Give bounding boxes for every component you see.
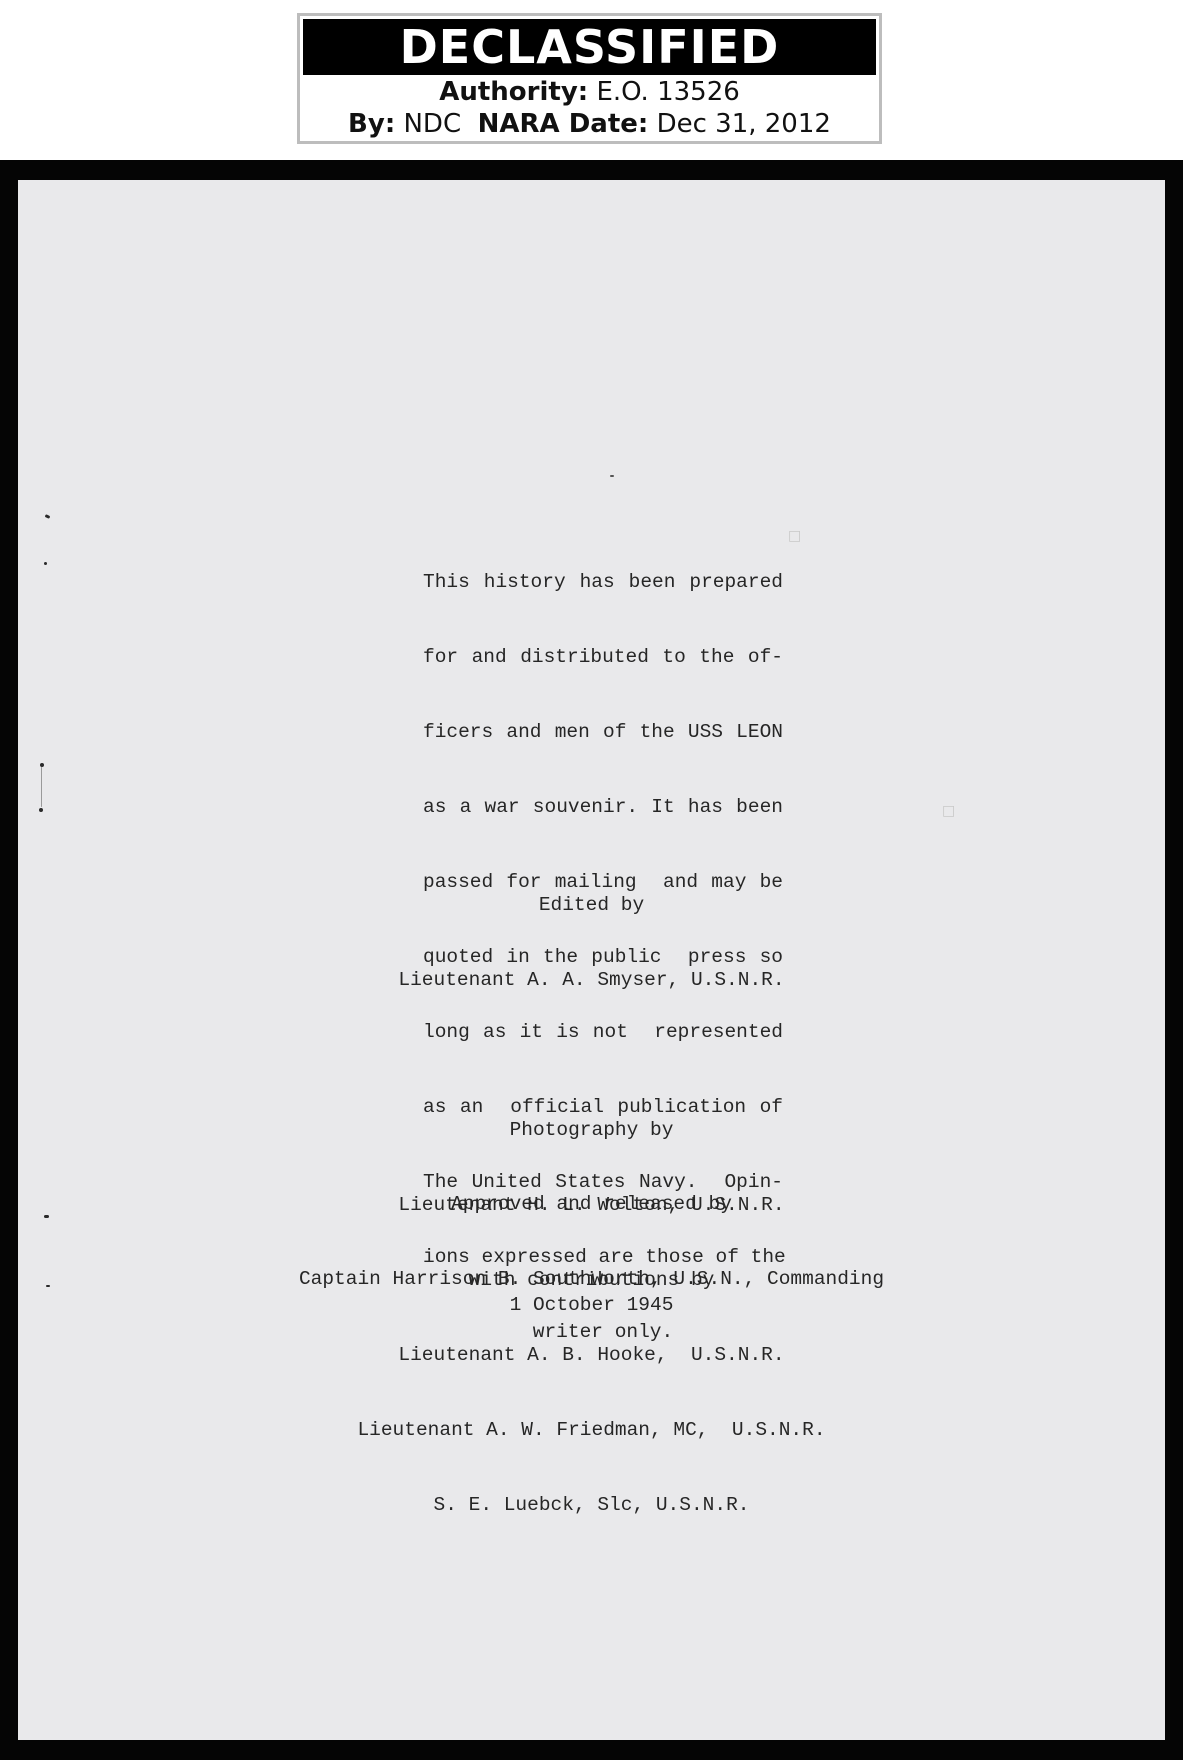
edited-heading: Edited by (0, 893, 1183, 918)
notice-line: This history has been prepared (423, 570, 783, 595)
approver-name: Captain Harrison B. Southworth, U.S.N., … (0, 1267, 1183, 1292)
stamp-authority: Authority: E.O. 13526 (300, 76, 879, 108)
stamp-by-date: By: NDC NARA Date: Dec 31, 2012 (300, 108, 879, 140)
approval-heading: Approved and released by (0, 1192, 1183, 1217)
contributor: Lieutenant A. W. Friedman, MC, U.S.N.R. (0, 1418, 1183, 1443)
approval-block: Approved and released by Captain Harriso… (0, 1142, 1183, 1317)
contributor: S. E. Luebck, Slc, U.S.N.R. (0, 1493, 1183, 1518)
by-value: NDC (403, 109, 461, 139)
margin-mark (41, 767, 42, 807)
declassified-stamp: DECLASSIFIED Authority: E.O. 13526 By: N… (297, 13, 882, 144)
authority-value: E.O. 13526 (596, 77, 739, 107)
document-date: 1 October 1945 (0, 1293, 1183, 1318)
editor-name: Lieutenant A. A. Smyser, U.S.N.R. (0, 968, 1183, 993)
notice-line: ficers and men of the USS LEON (423, 720, 783, 745)
authority-label: Authority: (439, 77, 588, 107)
margin-mark (44, 562, 47, 565)
date-label: NARA Date: (478, 109, 649, 139)
page-speck: □ (942, 803, 955, 819)
contributor: Lieutenant A. B. Hooke, U.S.N.R. (0, 1343, 1183, 1368)
date-value: Dec 31, 2012 (657, 109, 831, 139)
photography-heading: Photography by (0, 1118, 1183, 1143)
notice-line: for and distributed to the of- (423, 645, 783, 670)
page-speck: □ (788, 528, 801, 544)
notice-line: as a war souvenir. It has been (423, 795, 783, 820)
by-label: By: (348, 109, 395, 139)
margin-mark (39, 808, 43, 812)
page-speck (610, 475, 614, 477)
stamp-title: DECLASSIFIED (303, 19, 876, 75)
